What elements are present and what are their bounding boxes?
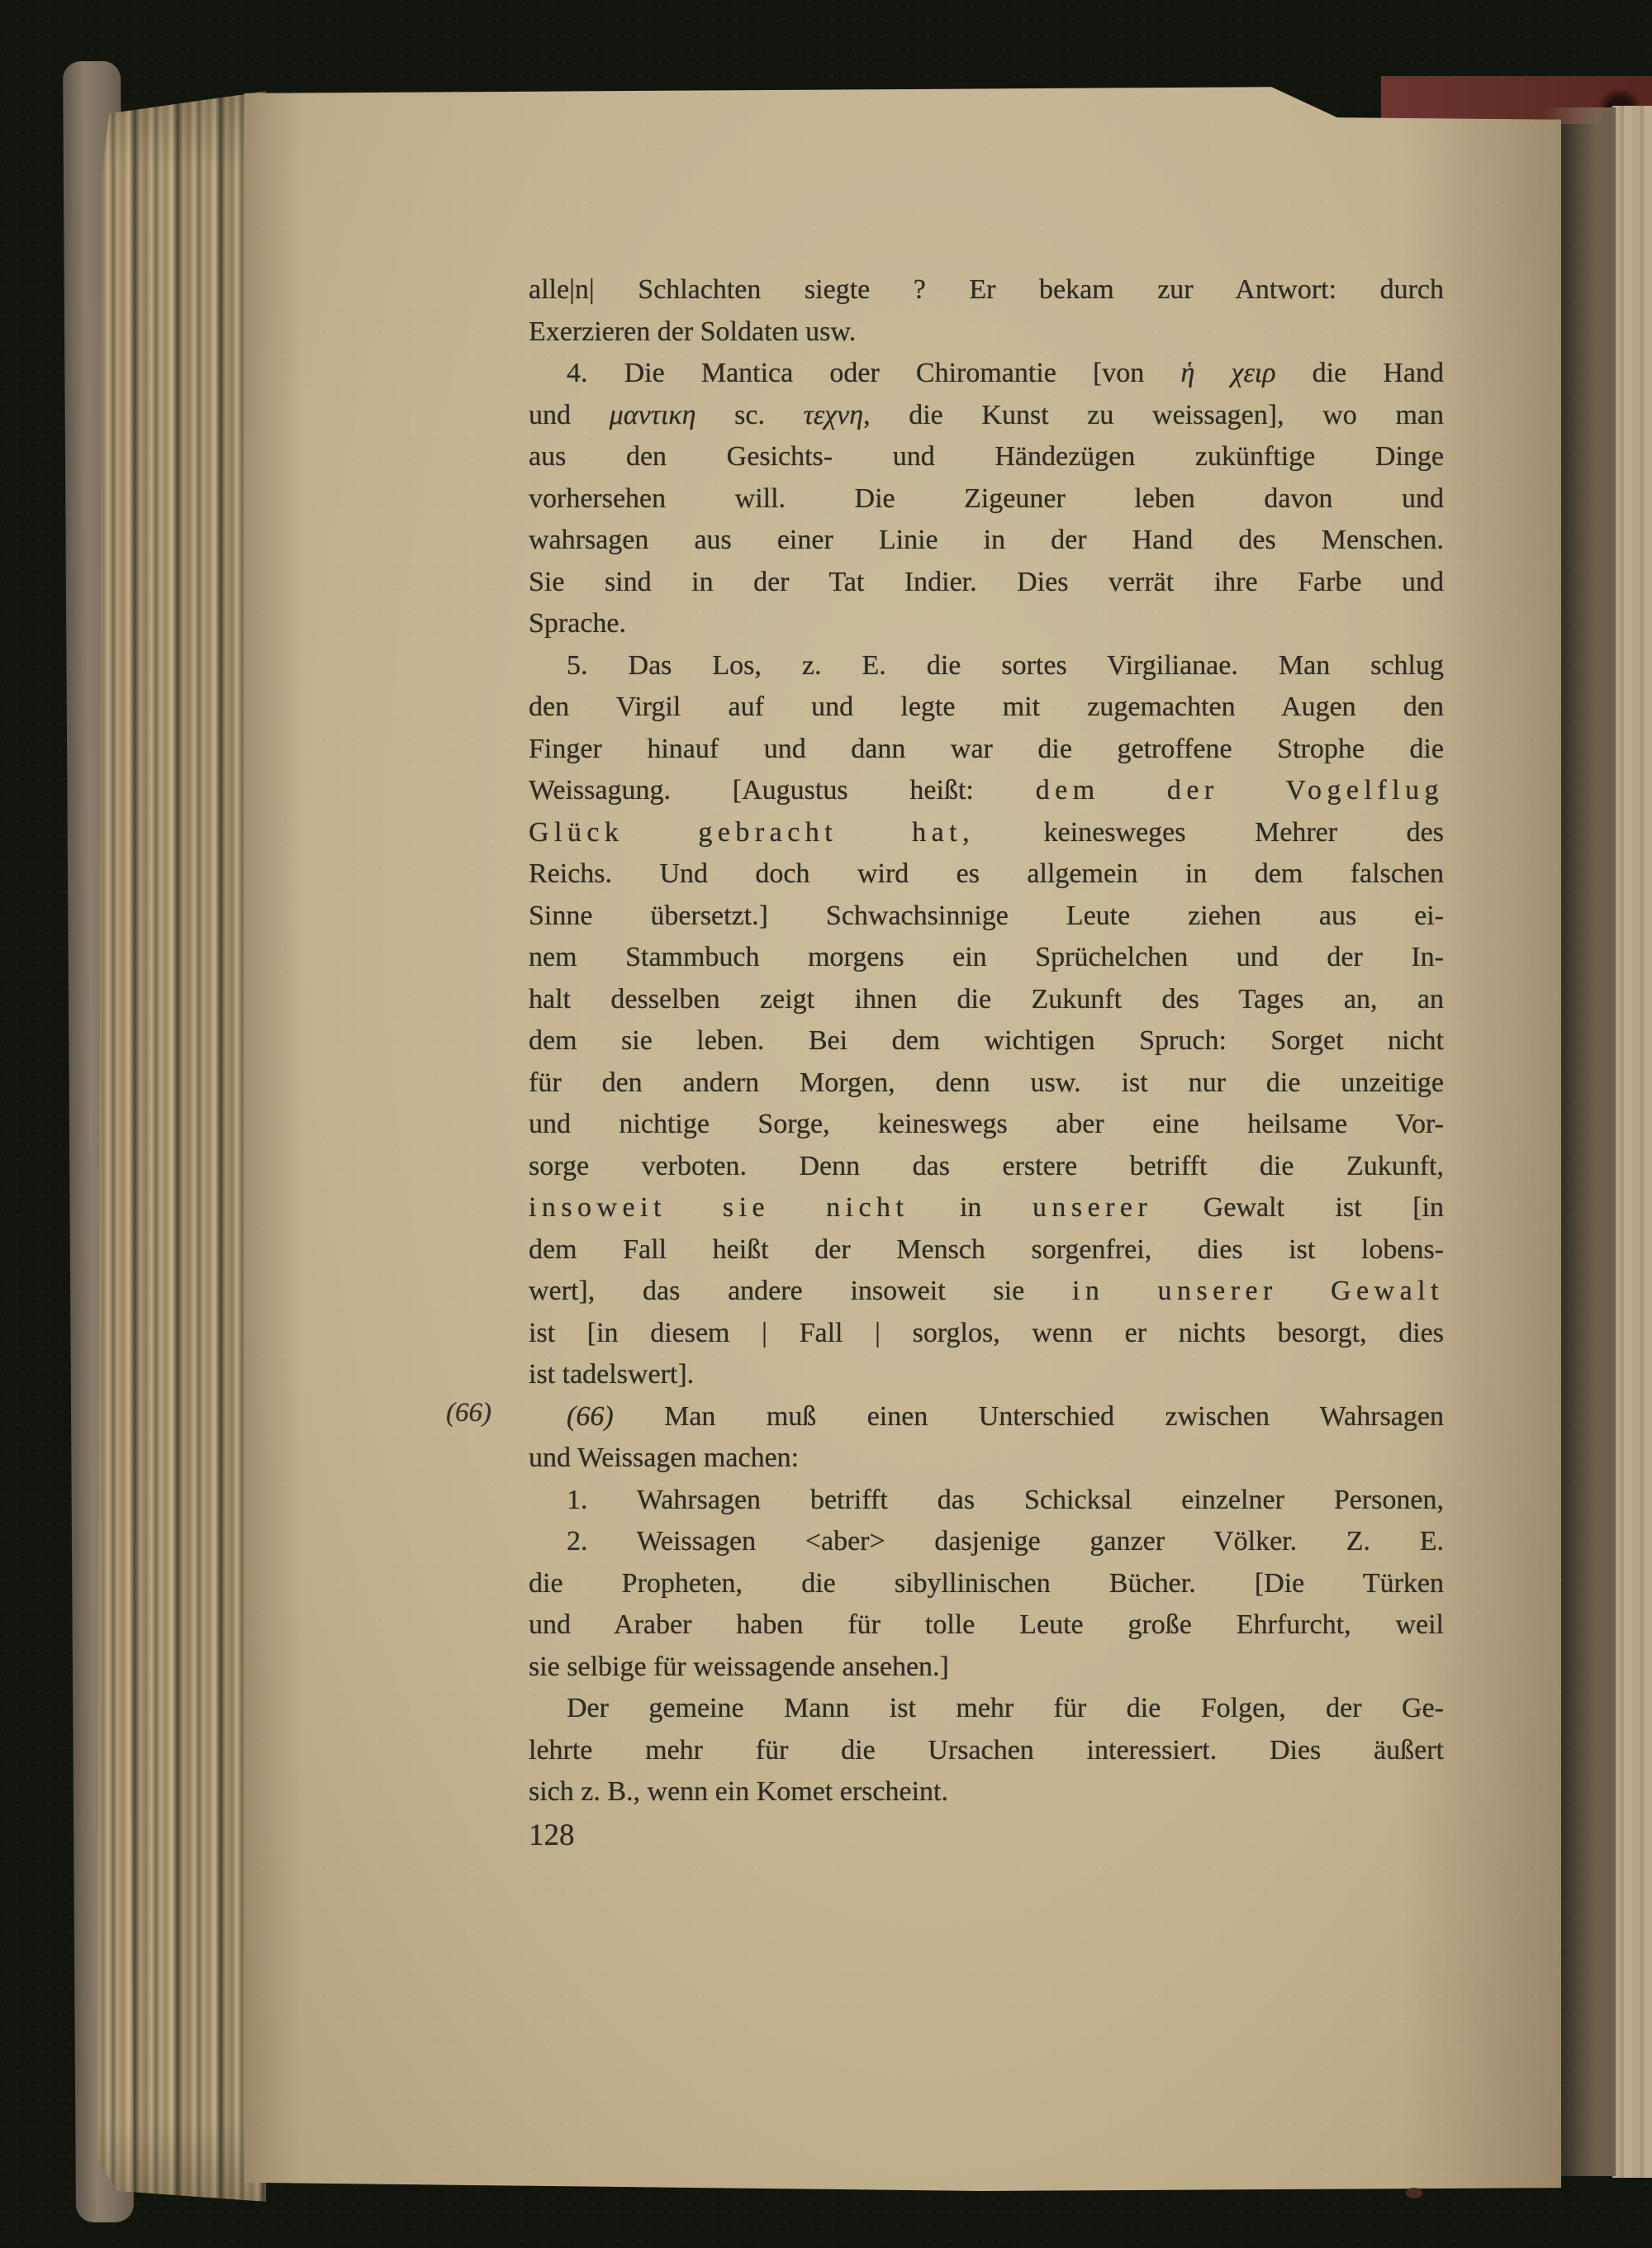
- text-line: Finger hinauf und dann war die getroffen…: [529, 729, 1444, 771]
- text-line: lehrte mehr für die Ursachen interessier…: [529, 1730, 1444, 1772]
- text-line: ist tadelswert].: [529, 1354, 1444, 1396]
- body-text: ist [in diesem | Fall | sorglos, wenn er…: [529, 1318, 1444, 1348]
- body-text: dem Fall heißt der Mensch sorgenfrei, di…: [529, 1234, 1444, 1265]
- text-line: und Weissagen machen:: [529, 1438, 1444, 1480]
- body-text: 2. Weissagen: [567, 1526, 805, 1556]
- text-line: Sinne übersetzt.] Schwachsinnige Leute z…: [529, 896, 1444, 938]
- body-text: Exerzieren der Soldaten usw.: [529, 316, 856, 347]
- text-line: die Propheten, die sibyllinischen Bücher…: [529, 1563, 1444, 1605]
- page-number: 128: [529, 1818, 575, 1853]
- text-line: Sie sind in der Tat Indier. Dies verrät …: [529, 562, 1444, 604]
- debris-speck: [1406, 2188, 1422, 2198]
- body-text: Sie sind in der Tat Indier. Dies verrät …: [529, 567, 1444, 597]
- body-text: alle|n| Schlachten siegte ? Er bekam zur…: [529, 274, 1444, 305]
- body-text: keinesweges Mehrer des: [975, 817, 1444, 848]
- text-line: (66) Man muß einen Unterschied zwischen …: [529, 1396, 1444, 1438]
- text-line: nem Stammbuch morgens ein Sprüchelchen u…: [529, 937, 1444, 979]
- text-line: Der gemeine Mann ist mehr für die Folgen…: [529, 1688, 1444, 1730]
- body-text: dem sie leben. Bei dem wichtigen Spruch:…: [529, 1025, 1444, 1056]
- body-text: und nichtige Sorge, keineswegs aber eine…: [529, 1109, 1444, 1139]
- body-text: ist tadelswert].: [529, 1359, 694, 1390]
- body-text: den Virgil auf und legte mit zugemachten…: [529, 692, 1444, 722]
- text-line: sorge verboten. Denn das erstere betriff…: [529, 1146, 1444, 1188]
- body-text: aus den Gesichts- und Händezügen zukünft…: [529, 441, 1444, 472]
- letterspaced-text: dem der Vogelflug: [1036, 775, 1444, 806]
- letterspaced-text: Glück gebracht hat,: [529, 817, 975, 848]
- page-text: alle|n| Schlachten siegte ? Er bekam zur…: [529, 269, 1444, 1813]
- text-line: Weissagung. [Augustus heißt: dem der Vog…: [529, 770, 1444, 812]
- text-line: den Virgil auf und legte mit zugemachten…: [529, 687, 1444, 729]
- text-line: für den andern Morgen, denn usw. ist nur…: [529, 1062, 1444, 1105]
- body-text: 4. Die Mantica oder Chiromantie [von: [567, 358, 1180, 388]
- text-line: wert], das andere insoweit sie in unsere…: [529, 1271, 1444, 1313]
- body-text: dasjenige ganzer Völker. Z. E.: [934, 1526, 1444, 1556]
- text-line: sich z. B., wenn ein Komet erscheint.: [529, 1771, 1444, 1813]
- italic-text: τεχνη: [804, 400, 863, 430]
- text-line: 1. Wahrsagen betrifft das Schicksal einz…: [529, 1480, 1444, 1522]
- text-line: 2. Weissagen <aber> dasjenige ganzer Völ…: [529, 1521, 1444, 1563]
- text-line: sie selbige für weissagende ansehen.]: [529, 1647, 1444, 1689]
- body-text: Finger hinauf und dann war die getroffen…: [529, 734, 1444, 764]
- text-line: Exerzieren der Soldaten usw.: [529, 311, 1444, 354]
- body-text: und Weissagen machen:: [529, 1442, 799, 1473]
- body-text: die Hand: [1276, 358, 1444, 388]
- body-text: Sprache.: [529, 608, 626, 639]
- body-text: <aber>: [805, 1526, 935, 1556]
- body-text: Man muß einen Unterschied zwischen Wahrs…: [614, 1401, 1444, 1432]
- text-line: aus den Gesichts- und Händezügen zukünft…: [529, 436, 1444, 478]
- body-text: und: [529, 400, 610, 430]
- italic-text: μαντικη: [610, 400, 696, 430]
- text-line: wahrsagen aus einer Linie in der Hand de…: [529, 520, 1444, 562]
- text-line: Sprache.: [529, 603, 1444, 645]
- body-text: sich z. B., wenn ein Komet erscheint.: [529, 1776, 948, 1807]
- margin-note: (66): [446, 1398, 491, 1428]
- letterspaced-text: in unserer Gewalt: [1072, 1276, 1444, 1306]
- text-line: und Araber haben für tolle Leute große E…: [529, 1604, 1444, 1647]
- body-text: Weissagung. [Augustus heißt:: [529, 775, 1036, 806]
- body-text: die Propheten, die sibyllinischen Bücher…: [529, 1568, 1444, 1599]
- body-text: 1. Wahrsagen betrifft das Schicksal einz…: [567, 1485, 1444, 1515]
- text-line: insoweit sie nicht in unserer Gewalt ist…: [529, 1187, 1444, 1229]
- body-text: sie selbige für weissagende ansehen.]: [529, 1652, 949, 1682]
- body-text: wert], das andere insoweit sie: [529, 1276, 1072, 1306]
- text-line: dem Fall heißt der Mensch sorgenfrei, di…: [529, 1229, 1444, 1271]
- body-text: Reichs. Und doch wird es allgemein in de…: [529, 858, 1444, 889]
- body-text: vorhersehen will. Die Zigeuner leben dav…: [529, 483, 1444, 514]
- body-text: , die Kunst zu weissagen], wo man: [863, 400, 1444, 430]
- book-page: (66) alle|n| Schlachten siegte ? Er beka…: [244, 86, 1561, 2191]
- body-text: 5. Das Los, z. E. die sortes Virgilianae…: [567, 650, 1444, 681]
- italic-text: ἡ χειρ: [1180, 358, 1275, 388]
- italic-text: (66): [567, 1401, 614, 1432]
- text-line: und μαντικη sc. τεχνη, die Kunst zu weis…: [529, 395, 1444, 437]
- body-text: Der gemeine Mann ist mehr für die Folgen…: [567, 1693, 1444, 1723]
- body-text: sorge verboten. Denn das erstere betriff…: [529, 1151, 1444, 1181]
- text-line: halt desselben zeigt ihnen die Zukunft d…: [529, 979, 1444, 1021]
- text-line: Glück gebracht hat, keinesweges Mehrer d…: [529, 812, 1444, 854]
- letterspaced-text: insoweit sie nicht: [529, 1192, 909, 1223]
- text-line: 5. Das Los, z. E. die sortes Virgilianae…: [529, 645, 1444, 687]
- body-text: Sinne übersetzt.] Schwachsinnige Leute z…: [529, 901, 1444, 931]
- body-text: in: [909, 1192, 1032, 1223]
- text-line: dem sie leben. Bei dem wichtigen Spruch:…: [529, 1020, 1444, 1062]
- text-line: 4. Die Mantica oder Chiromantie [von ἡ χ…: [529, 353, 1444, 395]
- body-text: Gewalt ist [in: [1152, 1192, 1444, 1223]
- body-text: und Araber haben für tolle Leute große E…: [529, 1609, 1444, 1640]
- photo-background: (66) alle|n| Schlachten siegte ? Er beka…: [0, 0, 1652, 2248]
- body-text: lehrte mehr für die Ursachen interessier…: [529, 1735, 1444, 1766]
- body-text: wahrsagen aus einer Linie in der Hand de…: [529, 525, 1444, 555]
- body-text: halt desselben zeigt ihnen die Zukunft d…: [529, 984, 1444, 1015]
- body-text: sc.: [695, 400, 803, 430]
- text-line: ist [in diesem | Fall | sorglos, wenn er…: [529, 1313, 1444, 1355]
- letterspaced-text: unserer: [1032, 1192, 1152, 1223]
- body-text: nem Stammbuch morgens ein Sprüchelchen u…: [529, 942, 1444, 972]
- text-line: und nichtige Sorge, keineswegs aber eine…: [529, 1104, 1444, 1146]
- body-text: für den andern Morgen, denn usw. ist nur…: [529, 1067, 1444, 1098]
- text-line: alle|n| Schlachten siegte ? Er bekam zur…: [529, 269, 1444, 311]
- fore-edge-pages: [1612, 106, 1652, 2178]
- text-line: vorhersehen will. Die Zigeuner leben dav…: [529, 478, 1444, 520]
- text-line: Reichs. Und doch wird es allgemein in de…: [529, 853, 1444, 896]
- page-stack-edges: [97, 86, 266, 2206]
